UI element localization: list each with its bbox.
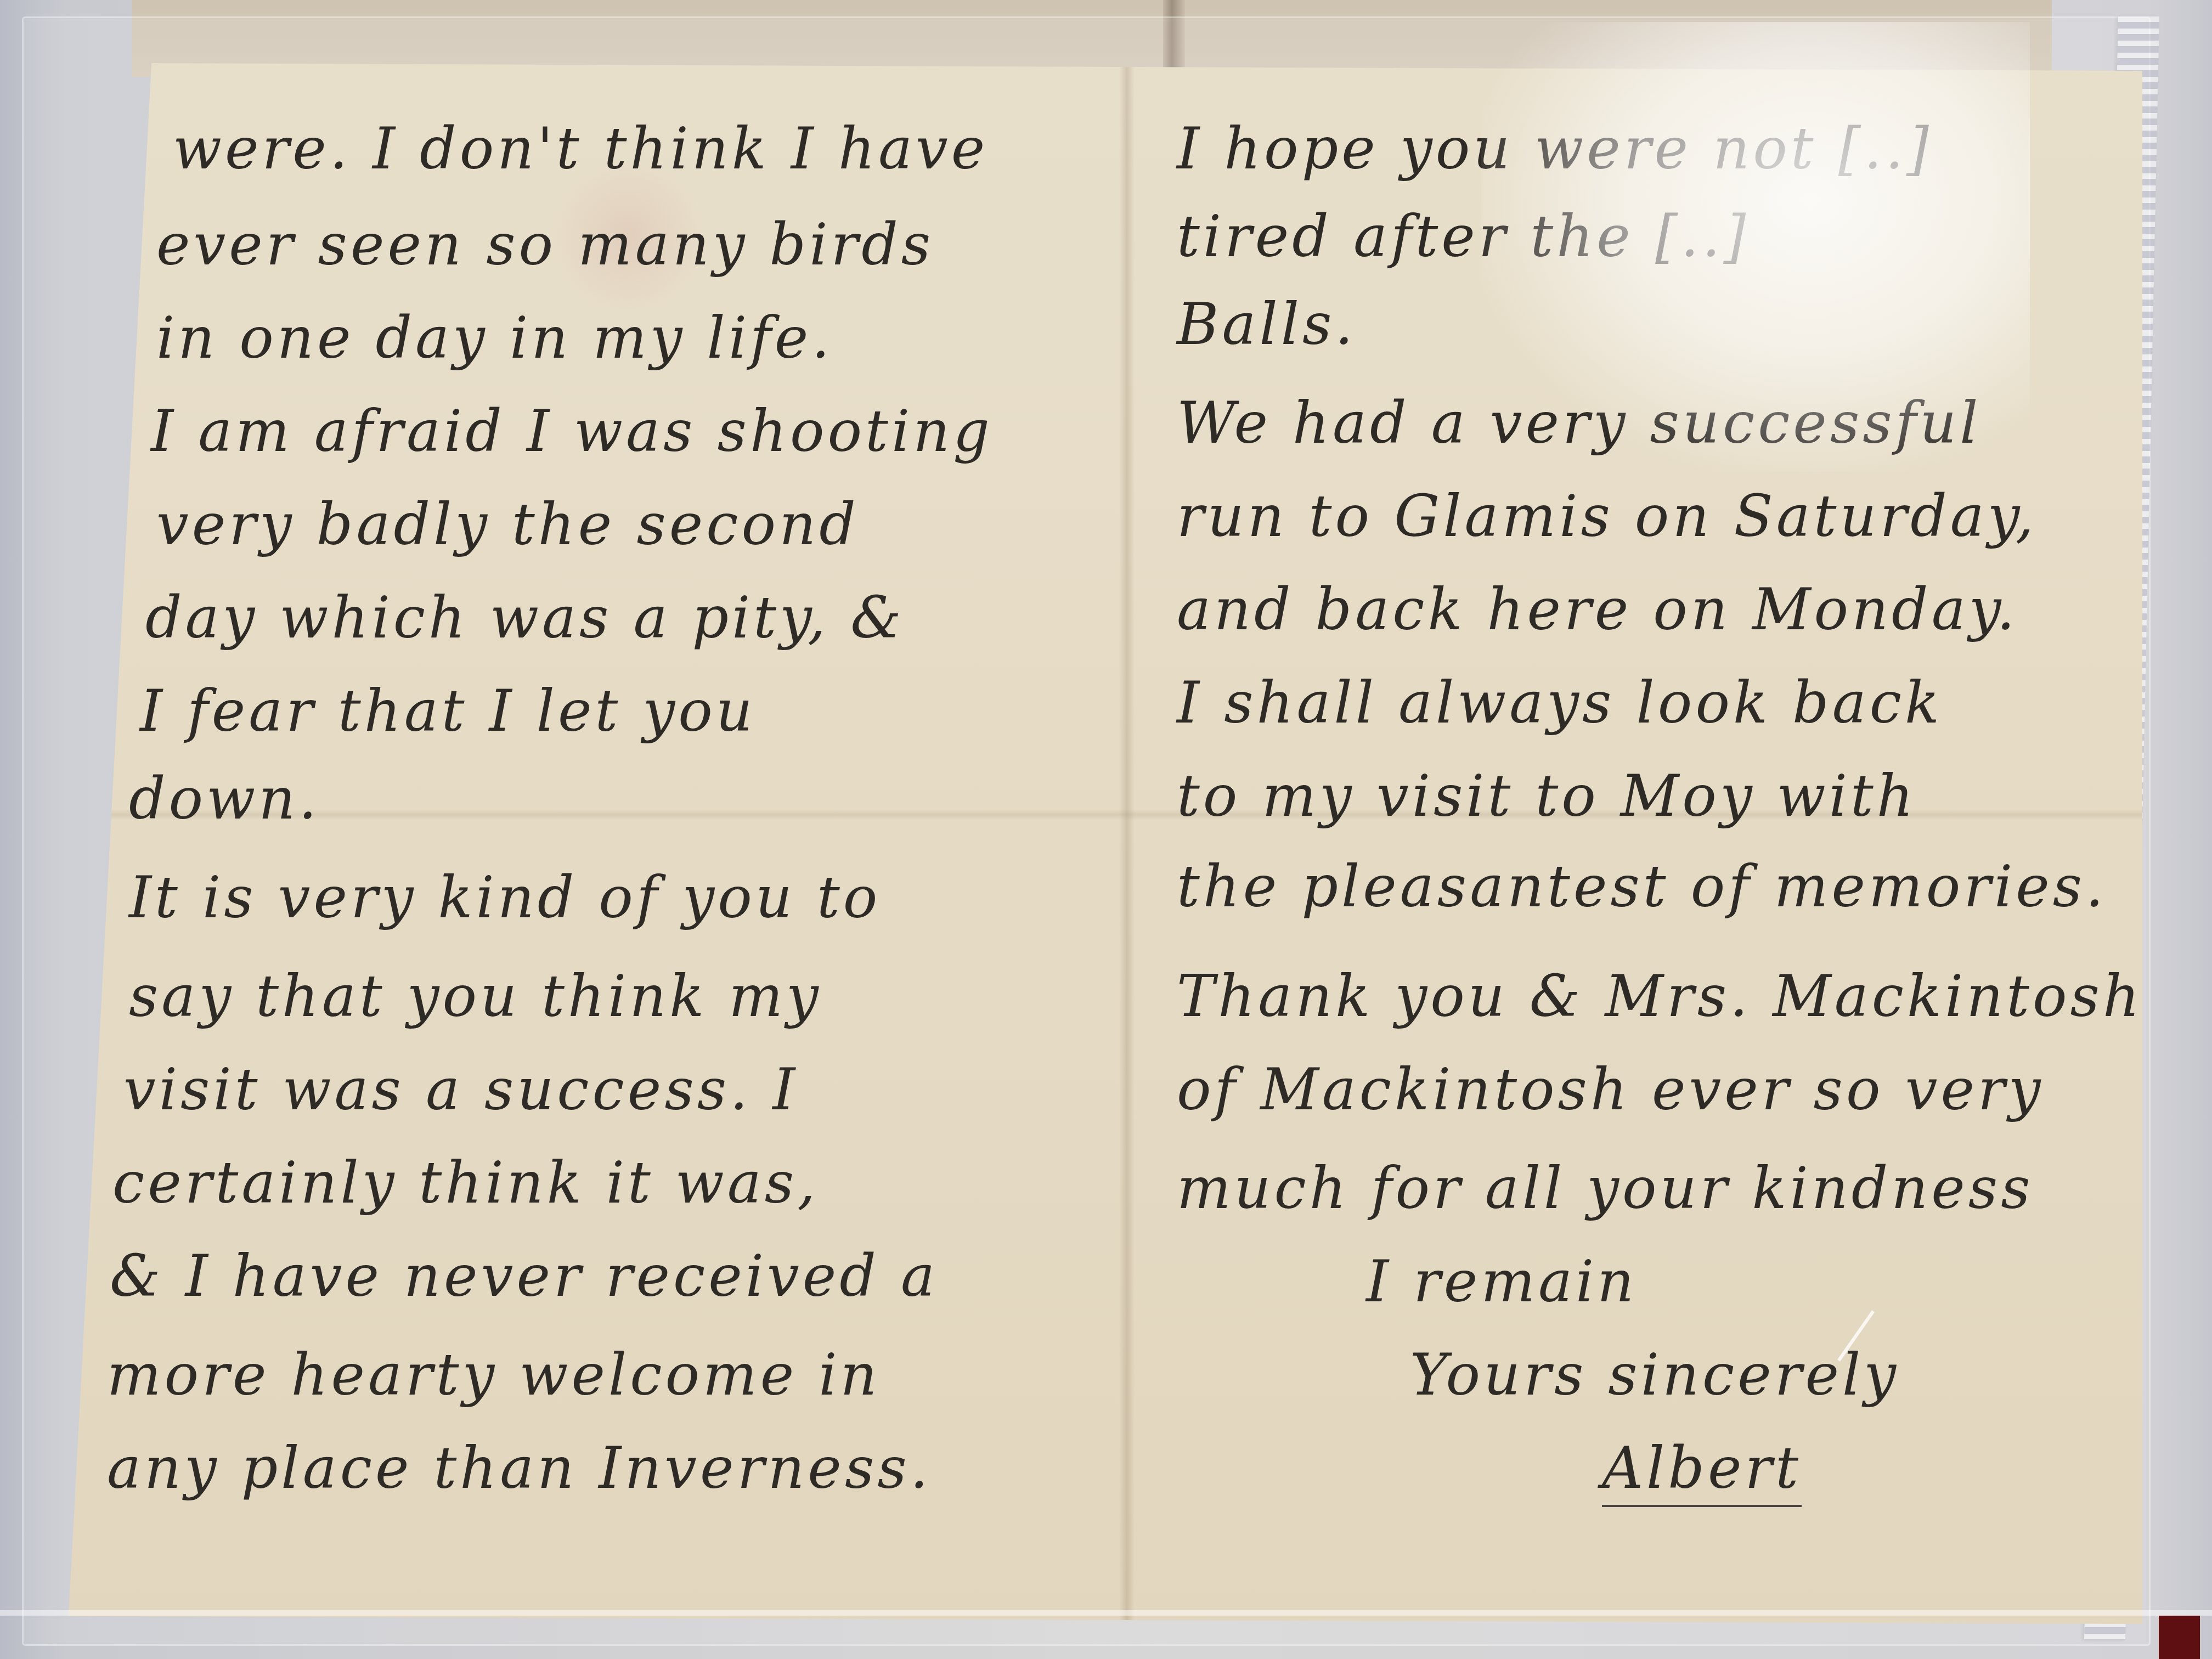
letter-signature: Albert [1602, 1435, 1802, 1507]
letter-line: ever seen so many birds [156, 211, 934, 278]
letter-line: certainly think it was, [112, 1149, 819, 1216]
letter-line: I am afraid I was shooting [151, 398, 993, 465]
letter-sheet: were. I don't think I have ever seen so … [69, 63, 2142, 1624]
letter-line: down. [129, 765, 320, 832]
letter-line: visit was a success. I [123, 1056, 798, 1123]
right-page: I hope you were not [..] tired after the… [1136, 63, 2142, 1624]
letter-line: were. I don't think I have [173, 115, 988, 182]
letter-line: the pleasantest of memories. [1177, 853, 2107, 920]
vertical-fold [1119, 63, 1135, 1624]
letter-line: We had a very successful [1177, 390, 1981, 456]
letter-line: run to Glamis on Saturday, [1177, 483, 2037, 550]
sleeve-bottom-seam [0, 1610, 2212, 1616]
letter-line: I shall always look back [1177, 669, 1943, 736]
letter-line: tired after the [..] [1177, 203, 1749, 270]
letter-line: It is very kind of you to [129, 864, 881, 931]
letter-line: of Mackintosh ever so very [1177, 1056, 2044, 1123]
letter-line: more hearty welcome in [107, 1341, 881, 1408]
letter-closing: I remain [1366, 1248, 1637, 1315]
letter-line: and back here on Monday. [1177, 576, 2018, 643]
letter-line: to my visit to Moy with [1177, 763, 1917, 830]
red-binder-tab [2159, 1616, 2200, 1659]
letter-valediction: Yours sincerely [1410, 1341, 1899, 1408]
letter-line: I hope you were not [..] [1177, 115, 1932, 182]
letter-line: much for all your kindness [1177, 1155, 2034, 1222]
letter-line: very badly the second [156, 491, 859, 558]
letter-line: Thank you & Mrs. Mackintosh [1177, 963, 2143, 1030]
letter-line: any place than Inverness. [107, 1435, 932, 1502]
left-page: were. I don't think I have ever seen so … [69, 63, 1116, 1624]
letter-line: Balls. [1177, 291, 1356, 358]
letter-line: day which was a pity, & [145, 584, 905, 651]
letter-line: & I have never received a [110, 1243, 938, 1310]
letter-line: in one day in my life. [156, 304, 833, 371]
letter-line: I fear that I let you [140, 678, 756, 744]
letter-line: say that you think my [129, 963, 822, 1030]
